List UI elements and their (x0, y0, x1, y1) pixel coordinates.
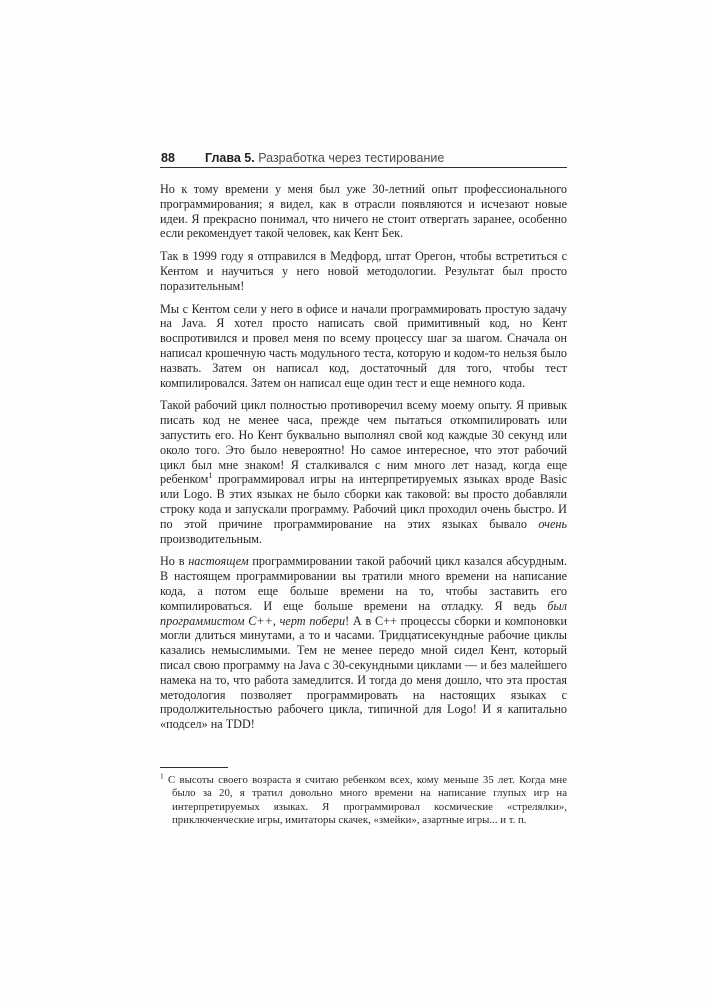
footnote: 1 С высоты своего возраста я считаю ребе… (160, 767, 567, 828)
body-text: Но к тому времени у меня был уже 30-летн… (160, 182, 567, 740)
footnote-reference: 1 (208, 471, 212, 480)
chapter-reference: Глава 5. Разработка через тестирование (205, 151, 444, 165)
chapter-label: Глава 5. (205, 151, 255, 165)
body-paragraph: Но к тому времени у меня был уже 30-летн… (160, 182, 567, 241)
body-paragraph: Мы с Кентом сели у него в офисе и начали… (160, 302, 567, 391)
page-number: 88 (161, 151, 175, 165)
body-paragraph: Но в настоящем программировании такой ра… (160, 554, 567, 732)
footnote-reference: 1 (160, 771, 164, 780)
body-paragraph: Так в 1999 году я отправился в Медфорд, … (160, 249, 567, 293)
page-header: 88 Глава 5. Разработка через тестировани… (160, 151, 567, 168)
body-paragraph: Такой рабочий цикл полностью противоречи… (160, 398, 567, 546)
book-page: 88 Глава 5. Разработка через тестировани… (0, 0, 708, 1001)
footnote-text: 1 С высоты своего возраста я считаю ребе… (160, 774, 567, 828)
chapter-title: Разработка через тестирование (258, 151, 444, 165)
footnote-separator (160, 767, 228, 768)
